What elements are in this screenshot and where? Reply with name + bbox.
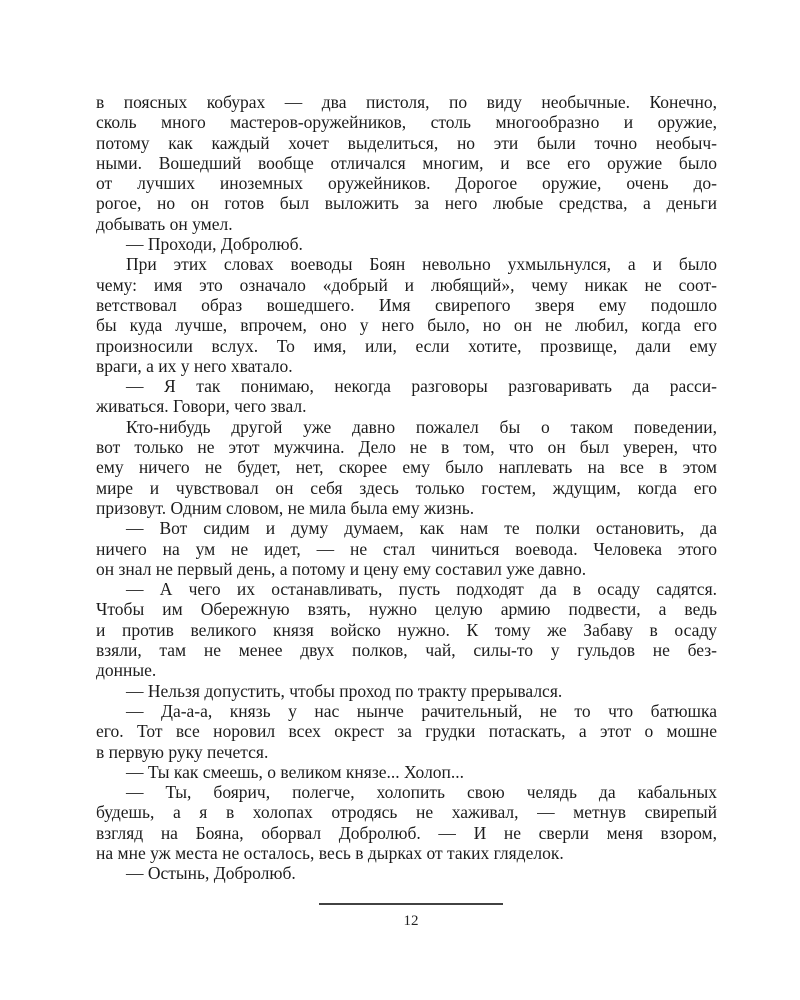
text-line: произносили вслух. То имя, или, если хот… [96,336,717,356]
text-line: на мне уж места не осталось, весь в дырк… [96,843,717,863]
book-page: в поясных кобурах — два пистоля, по виду… [0,0,800,1000]
text-line: в поясных кобурах — два пистоля, по виду… [96,92,717,112]
text-line: донные. [96,660,717,680]
text-line: взгляд на Бояна, оборвал Добролюб. — И н… [96,823,717,843]
text-line: ветствовал образ вошедшего. Имя свирепог… [96,295,717,315]
paragraph: — А чего их останавливать, пусть подходя… [96,579,717,680]
paragraph: Кто-нибудь другой уже давно пожалел бы о… [96,417,717,518]
text-line: он знал не первый день, а потому и цену … [96,559,717,579]
text-line: потому как каждый хочет выделиться, но э… [96,133,717,153]
text-line: ными. Вошедший вообще отличался многим, … [96,153,717,173]
text-line: призовут. Одним словом, не мила была ему… [96,498,717,518]
text-line: мире и чувствовал он себя здесь только г… [96,478,717,498]
text-line: — Остынь, Добролюб. [96,863,717,883]
text-line: — Проходи, Добролюб. [96,234,717,254]
text-line: рогое, но он готов был выложить за него … [96,193,717,213]
text-line: При этих словах воеводы Боян невольно ух… [96,254,717,274]
text-line: в первую руку печется. [96,742,717,762]
paragraph: — Ты как смеешь, о великом князе... Холо… [96,762,717,782]
page-text: в поясных кобурах — два пистоля, по виду… [96,92,717,884]
text-line: от лучших иноземных оружейников. Дорогое… [96,173,717,193]
text-line: — Вот сидим и думу думаем, как нам те по… [96,518,717,538]
paragraph: — Проходи, Добролюб. [96,234,717,254]
text-line: — А чего их останавливать, пусть подходя… [96,579,717,599]
text-line: бы куда лучше, впрочем, оно у него было,… [96,315,717,335]
paragraph: — Вот сидим и думу думаем, как нам те по… [96,518,717,579]
text-line: враги, а их у него хватало. [96,356,717,376]
text-line: живаться. Говори, чего звал. [96,396,717,416]
text-line: вот только не этот мужчина. Дело не в то… [96,437,717,457]
page-footer: 12 [0,903,800,930]
text-line: и против великого князя войско нужно. К … [96,620,717,640]
text-line: его. Тот все норовил всех окрест за груд… [96,721,717,741]
text-line: сколь много мастеров-оружейников, столь … [96,112,717,132]
paragraph: — Я так понимаю, некогда разговоры разго… [96,376,717,417]
paragraph: — Остынь, Добролюб. [96,863,717,883]
text-line: ему ничего не будет, нет, скорее ему был… [96,457,717,477]
text-line: добывать он умел. [96,214,717,234]
paragraph: в поясных кобурах — два пистоля, по виду… [96,92,717,234]
paragraph: — Ты, боярич, полегче, холопить свою чел… [96,782,717,863]
page-number: 12 [11,913,800,930]
paragraph: При этих словах воеводы Боян невольно ух… [96,254,717,376]
text-line: — Да-а-а, князь у нас нынче рачительный,… [96,701,717,721]
text-line: — Ты как смеешь, о великом князе... Холо… [96,762,717,782]
text-line: — Ты, боярич, полегче, холопить свою чел… [96,782,717,802]
footer-divider [319,903,503,905]
text-line: Чтобы им Обережную взять, нужно целую ар… [96,599,717,619]
text-line: — Нельзя допустить, чтобы проход по трак… [96,681,717,701]
text-line: ничего на ум не идет, — не стал чиниться… [96,539,717,559]
text-line: Кто-нибудь другой уже давно пожалел бы о… [96,417,717,437]
paragraph: — Да-а-а, князь у нас нынче рачительный,… [96,701,717,762]
text-line: — Я так понимаю, некогда разговоры разго… [96,376,717,396]
text-line: чему: имя это означало «добрый и любящий… [96,275,717,295]
paragraph: — Нельзя допустить, чтобы проход по трак… [96,681,717,701]
text-line: будешь, а я в холопах отродясь не хажива… [96,802,717,822]
text-line: взяли, там не менее двух полков, чай, си… [96,640,717,660]
